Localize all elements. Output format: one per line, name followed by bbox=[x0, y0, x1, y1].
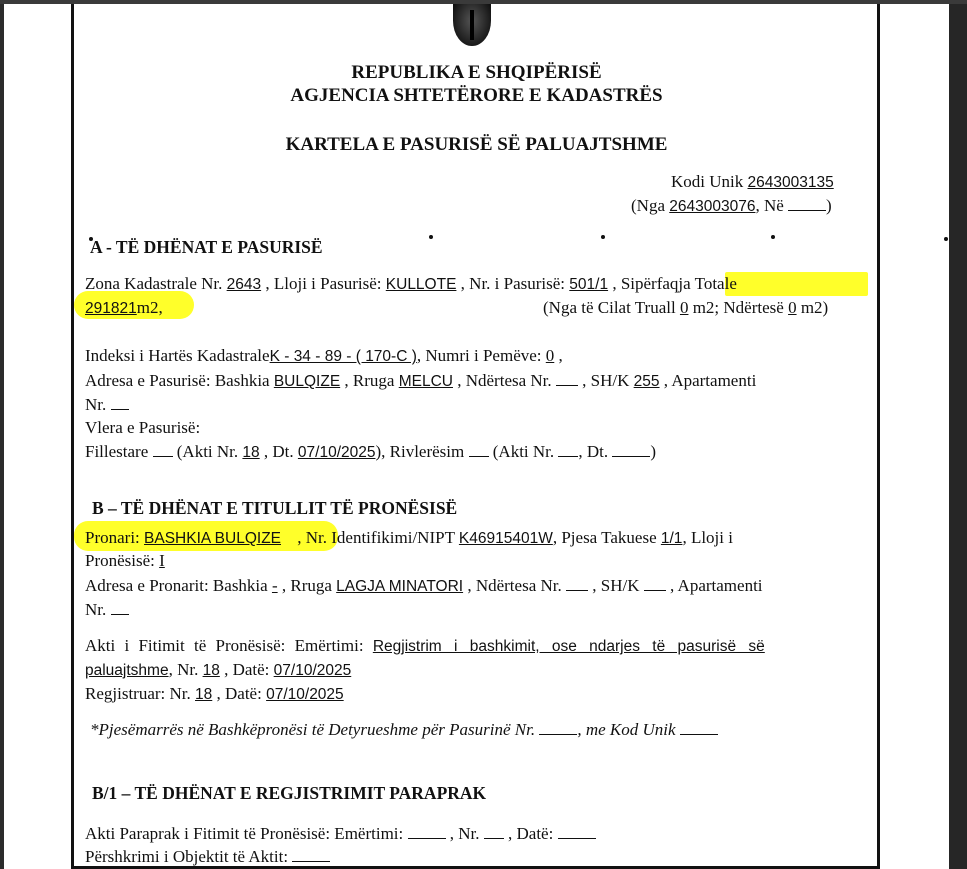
section-a-title: A - TË DHËNAT E PASURISË bbox=[90, 237, 323, 258]
pronarit-nr-line: Nr. bbox=[85, 600, 129, 620]
pronesise-line: Pronësisë: I bbox=[85, 551, 165, 571]
adresa-pasurise-line: Adresa e Pasurisë: Bashkia BULQIZE , Rru… bbox=[85, 371, 756, 392]
apartamenti-nr-line: Nr. bbox=[85, 395, 129, 415]
section-b1-title: B/1 – TË DHËNAT E REGJISTRIMIT PARAPRAK bbox=[92, 783, 486, 804]
albanian-emblem-icon bbox=[453, 4, 491, 46]
akti-fitimit-line: Akti i Fitimit të Pronësisë: Emërtimi: R… bbox=[85, 636, 765, 657]
adresa-pronarit-line: Adresa e Pronarit: Bashkia - , Rruga LAG… bbox=[85, 576, 763, 597]
scan-dot bbox=[944, 237, 948, 241]
scan-dot bbox=[771, 235, 775, 239]
nga-cilat-line: (Nga të Cilat Truall 0 m2; Ndërtesë 0 m2… bbox=[543, 298, 828, 318]
zona-line: Zona Kadastrale Nr. 2643 , Lloji i Pasur… bbox=[85, 274, 737, 295]
scan-dot bbox=[601, 235, 605, 239]
header-republic: REPUBLIKA E SHQIPËRISË bbox=[4, 62, 949, 84]
kodi-unik-value: 2643003135 bbox=[748, 174, 834, 191]
viewer-scrollbar-track[interactable] bbox=[949, 4, 967, 869]
siperfaqja-label: Sipërfaqja Totale bbox=[621, 274, 737, 293]
akti-paraprak-line: Akti Paraprak i Fitimit të Pronësisë: Em… bbox=[85, 824, 596, 844]
section-b-title: B – TË DHËNAT E TITULLIT TË PRONËSISË bbox=[92, 498, 457, 519]
kodi-unik-line: Kodi Unik 2643003135 bbox=[671, 172, 834, 193]
siperfaqja-value: 291821 bbox=[85, 300, 137, 317]
pronari-value: BASHKIA BULQIZE bbox=[144, 530, 293, 547]
kodi-nga-value: 2643003076 bbox=[669, 198, 755, 215]
pronari-line: Pronari: BASHKIA BULQIZE , Nr. Identifik… bbox=[85, 528, 733, 549]
scan-dot bbox=[429, 235, 433, 239]
siperfaqja-value-line: 291821m2, bbox=[85, 298, 163, 319]
regjistruar-line: Regjistruar: Nr. 18 , Datë: 07/10/2025 bbox=[85, 684, 344, 705]
fillestare-line: Fillestare (Akti Nr. 18 , Dt. 07/10/2025… bbox=[85, 442, 656, 463]
pershkrimi-line: Përshkrimi i Objektit të Aktit: bbox=[85, 847, 330, 867]
kodi-nga-line: (Nga 2643003076, Në ) bbox=[631, 196, 832, 217]
indeksi-line: Indeksi i Hartës KadastraleK - 34 - 89 -… bbox=[85, 346, 563, 367]
header-agency: AGJENCIA SHTETËRORE E KADASTRËS bbox=[4, 85, 949, 107]
highlight-siperfaqja bbox=[725, 272, 868, 296]
akti-fitimit-line-2: paluajtshme, Nr. 18 , Datë: 07/10/2025 bbox=[85, 660, 351, 681]
kodi-ne-blank bbox=[788, 196, 826, 211]
bashkepronesi-note: *Pjesëmarrës në Bashkëpronësi të Detyrue… bbox=[90, 720, 718, 740]
vlera-label: Vlera e Pasurisë: bbox=[85, 418, 200, 438]
document-page: REPUBLIKA E SHQIPËRISË AGJENCIA SHTETËRO… bbox=[4, 4, 949, 869]
document-title: KARTELA E PASURISË SË PALUAJTSHME bbox=[4, 134, 949, 156]
